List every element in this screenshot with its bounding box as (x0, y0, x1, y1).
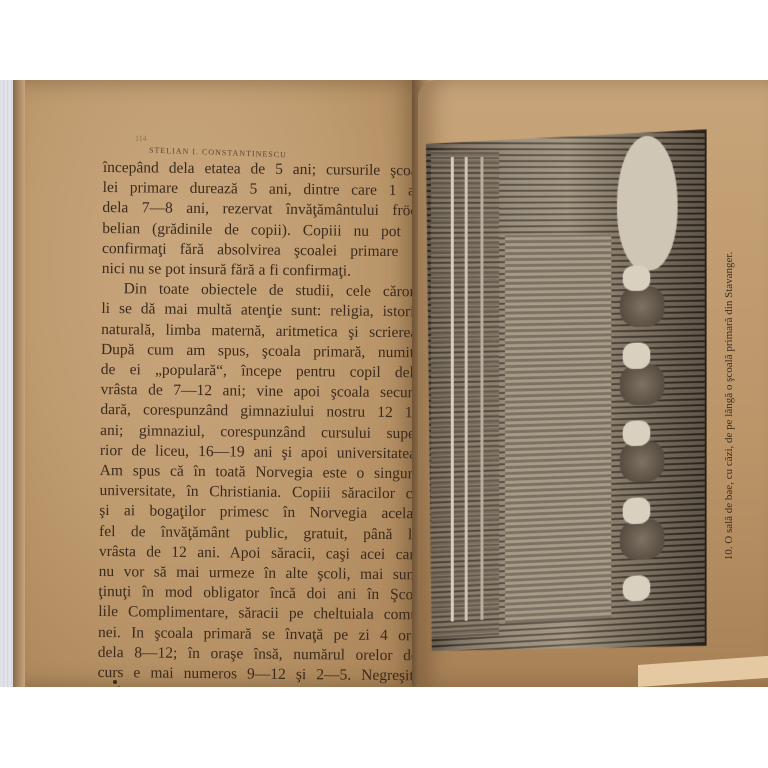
text-line: lile Complimentare, săracii pe cheltuial… (98, 602, 418, 626)
photo-floor (505, 235, 611, 624)
photo-tub (620, 440, 664, 483)
figure-caption-text: 10. O sală de bae, cu căzi, de pe lângă … (723, 171, 735, 641)
photo-tub (620, 517, 664, 560)
loose-sheet (638, 655, 768, 687)
bath-hall-photograph (423, 128, 707, 662)
running-head: STELIAN I. CONSTANTINESCU (149, 146, 287, 160)
ink-dot (113, 680, 117, 684)
photo-child-figure (623, 265, 651, 291)
photo-child-figure (623, 343, 651, 369)
body-text: începând dela etatea de 5 ani; cursurile… (97, 158, 423, 687)
photo-child-figure (623, 420, 651, 447)
left-page: 114 STELIAN I. CONSTANTINESCU începând d… (22, 80, 425, 687)
figure-caption: 10. O sală de bae, cu căzi, de pe lângă … (718, 170, 738, 650)
open-book-photo: 114 STELIAN I. CONSTANTINESCU începând d… (0, 80, 768, 687)
right-page: 10. O sală de bae, cu căzi, de pe lângă … (418, 80, 768, 687)
text-line: dară, corespunzând gimnaziului nostru 12… (100, 400, 420, 424)
text-line: şi ai bogaţilor primesc în Norvegia acel… (99, 501, 419, 525)
photo-tub (620, 286, 664, 328)
photo-curtain (617, 136, 677, 271)
photo-child-figure (623, 575, 651, 602)
photo-child-figure (623, 497, 651, 524)
photo-tub (620, 363, 664, 405)
text-line: dela 7—8 ani, rezervat învăţământului fr… (102, 198, 422, 222)
text-line: li se dă mai multă atenţie sunt: religia… (101, 299, 421, 323)
page-number: 114 (135, 134, 147, 143)
page-edge (13, 80, 25, 687)
photo-ceiling (431, 151, 500, 638)
photo-pipes (451, 157, 454, 622)
